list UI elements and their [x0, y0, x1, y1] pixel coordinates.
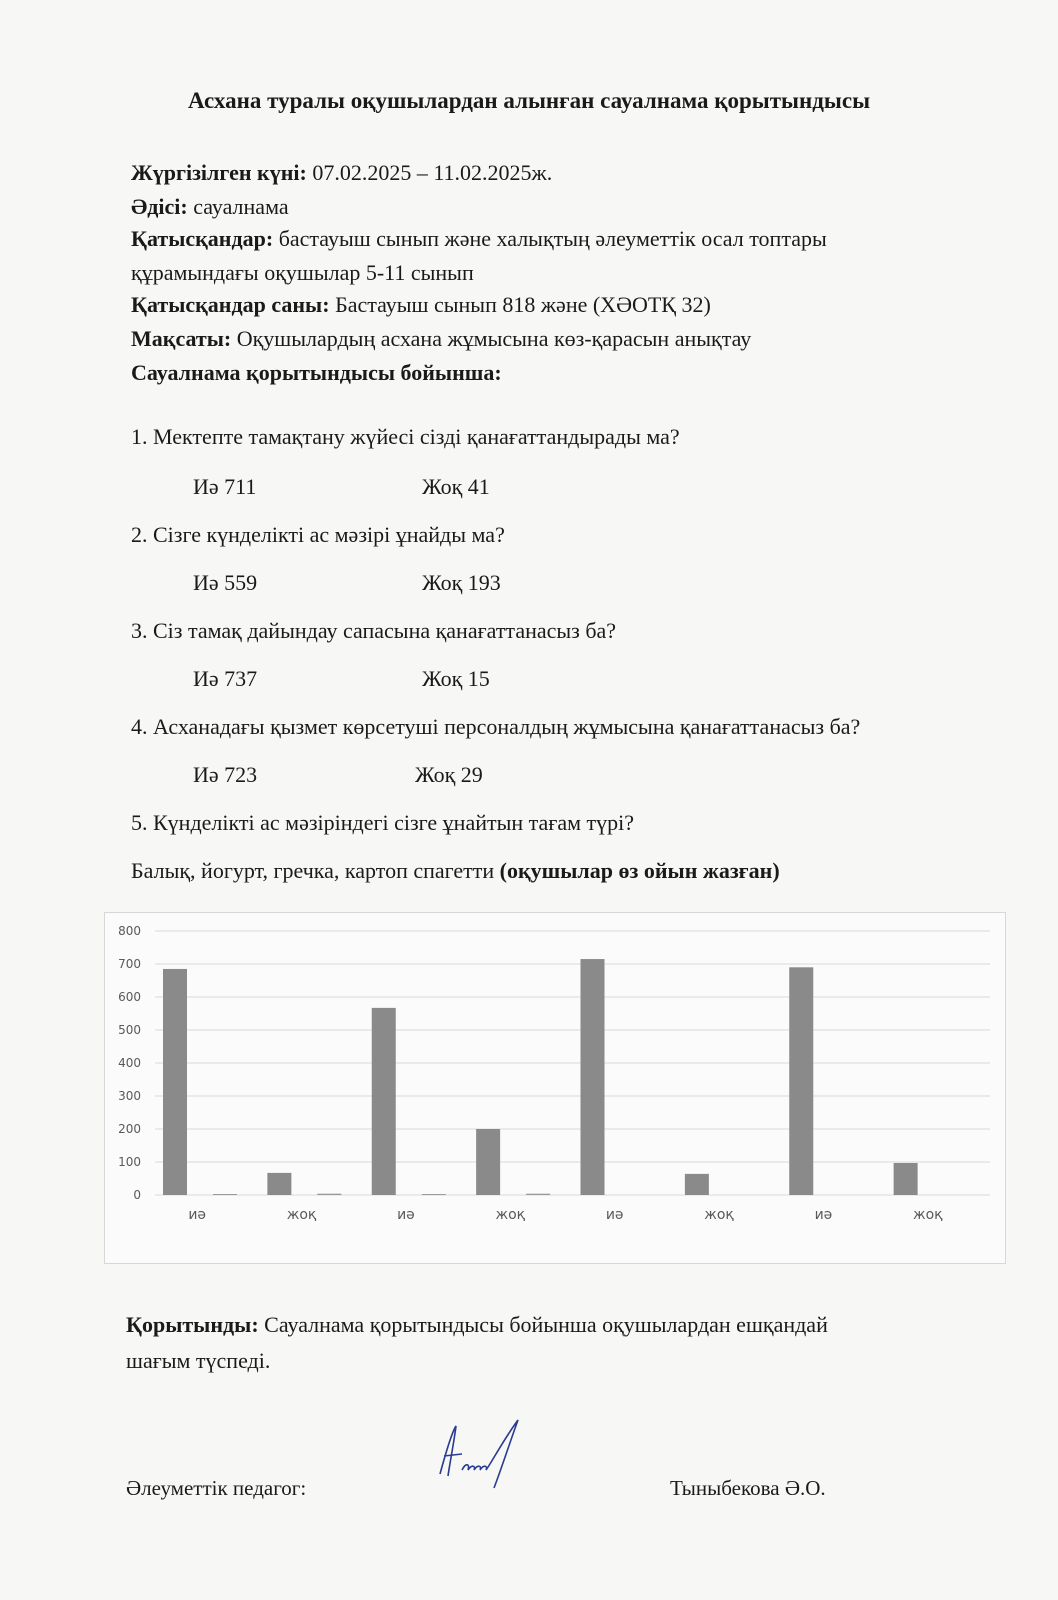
bar	[526, 1194, 550, 1195]
meta-line: Сауалнама қорытындысы бойынша:	[131, 360, 502, 386]
bar	[894, 1163, 918, 1195]
answer-no: Жоқ 41	[422, 474, 490, 500]
svg-text:иә: иә	[188, 1207, 206, 1223]
conclusion: Қорытынды: Сауалнама қорытындысы бойынша…	[126, 1312, 828, 1338]
svg-text:800: 800	[118, 924, 141, 938]
meta-line: құрамындағы оқушылар 5-11 сынып	[131, 260, 474, 286]
bar	[685, 1174, 709, 1195]
svg-text:500: 500	[118, 1023, 141, 1037]
answer-no: Жоқ 29	[415, 762, 483, 788]
svg-text:иә: иә	[815, 1207, 833, 1223]
question-5: 5. Күнделікті ас мәзіріндегі сізге ұнайт…	[131, 810, 634, 836]
svg-text:жоқ: жоқ	[913, 1207, 943, 1223]
bar	[317, 1194, 341, 1195]
answer-yes: Иә 559	[193, 570, 257, 596]
conclusion-continued: шағым түспеді.	[126, 1348, 270, 1374]
bar	[267, 1173, 291, 1195]
svg-text:иә: иә	[397, 1207, 415, 1223]
meta-line: Қатысқандар: бастауыш сынып және халықты…	[131, 226, 827, 252]
answer-yes: Иә 723	[193, 762, 257, 788]
meta-line: Мақсаты: Оқушылардың асхана жұмысына көз…	[131, 326, 751, 352]
answer-yes: Иә 711	[193, 474, 256, 500]
question-4: 4. Асханадағы қызмет көрсетуші персоналд…	[131, 714, 860, 740]
svg-text:жоқ: жоқ	[495, 1207, 525, 1223]
svg-text:100: 100	[118, 1155, 141, 1169]
meta-line: Әдісі: сауалнама	[131, 194, 289, 220]
svg-text:жоқ: жоқ	[704, 1207, 734, 1223]
bar	[163, 969, 187, 1195]
svg-text:200: 200	[118, 1122, 141, 1136]
bar	[422, 1194, 446, 1195]
document-page: Асхана туралы оқушылардан алынған сауалн…	[0, 0, 1058, 1600]
answer-no: Жоқ 15	[422, 666, 490, 692]
document-title: Асхана туралы оқушылардан алынған сауалн…	[0, 88, 1058, 114]
question-1: 1. Мектепте тамақтану жүйесі сізді қанағ…	[131, 424, 680, 450]
chart-canvas: 0100200300400500600700800иәжоқиәжоқиәжоқ…	[105, 913, 1005, 1263]
svg-text:700: 700	[118, 957, 141, 971]
q5-answer: Балық, йогурт, гречка, картоп спагетти (…	[131, 858, 780, 884]
survey-bar-chart: 0100200300400500600700800иәжоқиәжоқиәжоқ…	[104, 912, 1006, 1264]
svg-text:400: 400	[118, 1056, 141, 1070]
signature-role: Әлеуметтік педагог:	[126, 1476, 306, 1501]
bar	[476, 1129, 500, 1195]
signatory-name: Тыныбекова Ә.О.	[670, 1476, 826, 1501]
svg-text:иә: иә	[606, 1207, 624, 1223]
question-3: 3. Сіз тамақ дайындау сапасына қанағатта…	[131, 618, 616, 644]
bar	[581, 959, 605, 1195]
question-2: 2. Сізге күнделікті ас мәзірі ұнайды ма?	[131, 522, 505, 548]
meta-line: Жүргізілген күні: 07.02.2025 – 11.02.202…	[131, 160, 552, 186]
svg-text:600: 600	[118, 990, 141, 1004]
bar	[372, 1008, 396, 1195]
bar	[789, 967, 813, 1195]
answer-yes: Иә 737	[193, 666, 257, 692]
svg-text:300: 300	[118, 1089, 141, 1103]
answer-no: Жоқ 193	[422, 570, 501, 596]
meta-line: Қатысқандар саны: Бастауыш сынып 818 жән…	[131, 292, 711, 318]
signature-icon	[432, 1412, 542, 1492]
svg-text:0: 0	[133, 1188, 141, 1202]
bar	[213, 1194, 237, 1195]
svg-text:жоқ: жоқ	[287, 1207, 317, 1223]
